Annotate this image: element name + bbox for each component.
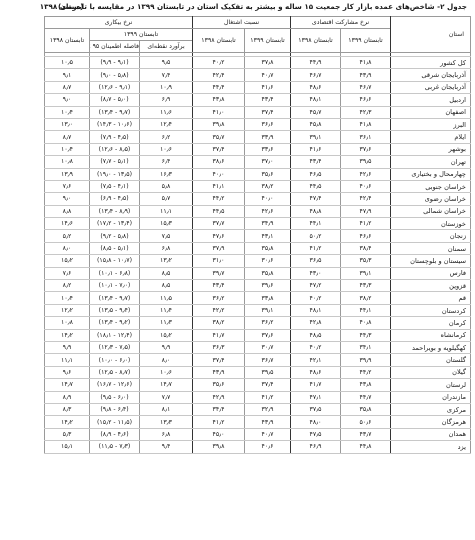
employment-1398-cell: ۳۴٫۴ xyxy=(193,403,245,415)
unemployment-point-cell: ۵٫۸ xyxy=(140,180,193,192)
participation-1398-cell: ۴۱٫۲ xyxy=(291,242,341,254)
participation-1399-cell: ۴۳٫۸ xyxy=(341,379,391,391)
confidence-interval-cell: (۸٫۷ - ۱۲٫۵) xyxy=(90,366,140,378)
participation-1399-cell: ۴۳٫۷ xyxy=(341,428,391,440)
participation-1398-cell: ۴۰٫۲ xyxy=(291,341,341,353)
unemployment-point-cell: ۹٫۴ xyxy=(140,441,193,453)
participation-1398-cell: ۴۸٫۰ xyxy=(291,416,341,428)
confidence-interval-cell: (۴٫۵ - ۶٫۹) xyxy=(90,193,140,205)
unemployment-point-cell: ۶٫۸ xyxy=(140,242,193,254)
province-cell: اردبیل xyxy=(391,94,471,106)
confidence-interval-cell: (۸٫۹ - ۱۳٫۴) xyxy=(90,205,140,217)
participation-1399-cell: ۴۲٫۴ xyxy=(341,193,391,205)
unemployment-point-cell: ۱۱٫۴ xyxy=(140,304,193,316)
unemployment-1398-cell: ۸٫۷ xyxy=(45,81,90,93)
employment-1398-cell: ۳۵٫۷ xyxy=(193,131,245,143)
participation-1398-cell: ۴۷٫۴ xyxy=(291,193,341,205)
table-row: کردستان۴۴٫۱۴۸٫۱۳۹٫۱۴۲٫۲۱۱٫۴(۹٫۴ - ۱۳٫۵)۱… xyxy=(45,304,471,316)
province-cell: قم xyxy=(391,292,471,304)
unemployment-point-cell: ۱۰٫۶ xyxy=(140,143,193,155)
unemployment-point-cell: ۶٫۲ xyxy=(140,131,193,143)
participation-1399-cell: ۴۴٫۱ xyxy=(341,304,391,316)
employment-1399-cell: ۴۳٫۴ xyxy=(245,94,291,106)
participation-1399-cell: ۴۲٫۳ xyxy=(341,106,391,118)
province-cell: هرمزگان xyxy=(391,416,471,428)
participation-1398-cell: ۴۷٫۵ xyxy=(291,428,341,440)
confidence-interval-cell: (۵٫۸ - ۹٫۲) xyxy=(90,230,140,242)
table-row: همدان۴۳٫۷۴۷٫۵۴۰٫۷۴۵٫۰۶٫۸(۴٫۶ - ۸٫۹)۵٫۳ xyxy=(45,428,471,440)
province-cell: ایلام xyxy=(391,131,471,143)
province-cell: خراسان شمالی xyxy=(391,205,471,217)
employment-1399-cell: ۳۳٫۹ xyxy=(245,131,291,143)
employment-1399-cell: ۳۵٫۸ xyxy=(245,242,291,254)
table-row: آذربایجان غربی۴۶٫۷۴۸٫۶۴۱٫۶۴۴٫۴۱۰٫۹(۹٫۱ -… xyxy=(45,81,471,93)
province-cell: مازندران xyxy=(391,391,471,403)
unemployment-1398-cell: ۸٫۲ xyxy=(45,280,90,292)
province-cell: لرستان xyxy=(391,379,471,391)
unemployment-point-cell: ۱۵٫۲ xyxy=(140,329,193,341)
employment-1398-cell: ۴۱٫۲ xyxy=(193,416,245,428)
header-participation-1398: تابستان ۱۳۹۸ xyxy=(291,29,341,53)
participation-1399-cell: ۳۷٫۶ xyxy=(341,143,391,155)
table-title-text: جدول ۲- شاخص‌های عمده بازار کار جمعیت ۱۵… xyxy=(40,2,467,11)
participation-1398-cell: ۵۰٫۲ xyxy=(291,230,341,242)
participation-1398-cell: ۴۸٫۵ xyxy=(291,329,341,341)
participation-1398-cell: ۴۵٫۷ xyxy=(291,106,341,118)
confidence-interval-cell: (۷٫۳ - ۱۱٫۵) xyxy=(90,441,140,453)
employment-1398-cell: ۴۲٫۹ xyxy=(193,391,245,403)
employment-1399-cell: ۳۷٫۶ xyxy=(245,329,291,341)
province-cell: خوزستان xyxy=(391,218,471,230)
header-unemployment: نرخ بیکاری xyxy=(45,17,193,29)
unemployment-1398-cell: ۹٫۰ xyxy=(45,193,90,205)
employment-1399-cell: ۳۶٫۲ xyxy=(245,317,291,329)
unemployment-point-cell: ۷٫۷ xyxy=(140,391,193,403)
province-cell: کهگیلویه و بویراحمد xyxy=(391,341,471,353)
header-unemployment-1398: تابستان ۱۳۹۸ xyxy=(45,29,90,53)
table-row: چهارمحال و بختیاری۴۲٫۶۴۶٫۵۳۵٫۶۴۰٫۰۱۶٫۳(۱… xyxy=(45,168,471,180)
unemployment-1398-cell: ۸٫۳ xyxy=(45,403,90,415)
confidence-interval-cell: (۵٫۱ - ۷٫۷) xyxy=(90,156,140,168)
unemployment-1398-cell: ۱۰٫۴ xyxy=(45,106,90,118)
table-row: کرمان۴۰٫۸۴۲٫۸۳۶٫۲۳۸٫۲۱۱٫۳(۹٫۲ - ۱۳٫۴)۱۰٫… xyxy=(45,317,471,329)
employment-1398-cell: ۳۷٫۴ xyxy=(193,354,245,366)
confidence-interval-cell: (۹٫۱ - ۱۲٫۶) xyxy=(90,81,140,93)
table-row: هرمزگان۵۰٫۶۴۸٫۰۴۳٫۹۴۱٫۲۱۳٫۳(۱۱٫۵ - ۱۵٫۲)… xyxy=(45,416,471,428)
unemployment-1398-cell: ۹٫۰ xyxy=(45,94,90,106)
employment-1398-cell: ۴۴٫۴ xyxy=(193,81,245,93)
confidence-interval-cell: (۱۰٫۷ - ۱۵٫۸) xyxy=(90,255,140,267)
table-row: خوزستان۴۱٫۲۴۴٫۱۳۴٫۹۳۷٫۷۱۵٫۳(۱۳٫۴ - ۱۷٫۲)… xyxy=(45,218,471,230)
participation-1398-cell: ۴۷٫۲ xyxy=(291,280,341,292)
table-row: کرمانشاه۴۴٫۳۴۸٫۵۳۷٫۶۴۱٫۷۱۵٫۲(۱۲٫۴ - ۱۸٫۱… xyxy=(45,329,471,341)
confidence-interval-cell: (۷٫۰ - ۱۰٫۱) xyxy=(90,280,140,292)
province-cell: خراسان جنوبی xyxy=(391,180,471,192)
confidence-interval-cell: (۹٫۴ - ۱۳٫۵) xyxy=(90,304,140,316)
participation-1399-cell: ۴۷٫۹ xyxy=(341,205,391,217)
confidence-interval-cell: (۶٫۴ - ۹٫۸) xyxy=(90,403,140,415)
table-row: فارس۳۹٫۱۴۳٫۰۳۵٫۸۳۹٫۷۸٫۵(۶٫۸ - ۱۰٫۱)۷٫۶ xyxy=(45,267,471,279)
participation-1398-cell: ۴۱٫۶ xyxy=(291,143,341,155)
participation-1399-cell: ۴۰٫۶ xyxy=(341,180,391,192)
province-cell: تهران xyxy=(391,156,471,168)
unemployment-point-cell: ۵٫۷ xyxy=(140,193,193,205)
participation-1398-cell: ۴۲٫۸ xyxy=(291,317,341,329)
unemployment-1398-cell: ۹٫۹ xyxy=(45,341,90,353)
table-row: بوشهر۳۷٫۶۴۱٫۶۳۳٫۶۳۷٫۴۱۰٫۶(۸٫۵ - ۱۲٫۶)۱۰٫… xyxy=(45,143,471,155)
confidence-interval-cell: (۴٫۱ - ۷٫۵) xyxy=(90,180,140,192)
unemployment-point-cell: ۹٫۹ xyxy=(140,341,193,353)
confidence-interval-cell: (۴٫۶ - ۸٫۹) xyxy=(90,428,140,440)
confidence-interval-cell: (۸٫۵ - ۱۲٫۶) xyxy=(90,143,140,155)
employment-1398-cell: ۳۹٫۷ xyxy=(193,267,245,279)
employment-1398-cell: ۳۹٫۸ xyxy=(193,441,245,453)
unemployment-point-cell: ۱۱٫۶ xyxy=(140,106,193,118)
unemployment-point-cell: ۱۱٫۵ xyxy=(140,292,193,304)
province-cell: قزوین xyxy=(391,280,471,292)
employment-1399-cell: ۴۰٫۰ xyxy=(245,193,291,205)
employment-1399-cell: ۳۳٫۸ xyxy=(245,292,291,304)
table-row: گیلان۴۴٫۲۴۸٫۶۳۹٫۵۴۳٫۹۱۰٫۶(۸٫۷ - ۱۲٫۵)۹٫۶ xyxy=(45,366,471,378)
table-row: گلستان۳۹٫۹۴۲٫۱۳۶٫۷۳۷٫۴۸٫۰(۶٫۰ - ۱۰٫۰)۱۱٫… xyxy=(45,354,471,366)
labor-market-table: استان نرخ مشارکت اقتصادی نسبت اشتغال نرخ… xyxy=(44,16,471,454)
participation-1399-cell: ۴۱٫۲ xyxy=(341,218,391,230)
confidence-interval-cell: (۱۲٫۶ - ۱۶٫۷) xyxy=(90,379,140,391)
table-row: سیستان و بلوچستان۳۵٫۳۳۶٫۵۳۰٫۶۳۱٫۰۱۳٫۲(۱۰… xyxy=(45,255,471,267)
unemployment-1398-cell: ۱۴٫۲ xyxy=(45,329,90,341)
table-row: آذربایجان شرقی۴۳٫۹۴۶٫۷۴۰٫۷۴۲٫۴۷٫۴(۵٫۸ - … xyxy=(45,69,471,81)
table-row: قم۳۸٫۲۴۰٫۲۳۳٫۸۳۶٫۲۱۱٫۵(۹٫۷ - ۱۳٫۴)۱۰٫۴ xyxy=(45,292,471,304)
unemployment-point-cell: ۱۱٫۱ xyxy=(140,205,193,217)
header-unemployment-1399: تابستان ۱۳۹۹ xyxy=(90,29,193,41)
province-cell: کرمانشاه xyxy=(391,329,471,341)
header-participation: نرخ مشارکت اقتصادی xyxy=(291,17,391,29)
confidence-interval-cell: (۶٫۰ - ۹٫۵) xyxy=(90,391,140,403)
employment-1399-cell: ۳۴٫۹ xyxy=(245,218,291,230)
employment-1398-cell: ۴۴٫۲ xyxy=(193,193,245,205)
employment-1398-cell: ۴۲٫۴ xyxy=(193,69,245,81)
employment-1398-cell: ۴۱٫۷ xyxy=(193,329,245,341)
unemployment-point-cell: ۷٫۵ xyxy=(140,230,193,242)
unemployment-1398-cell: ۵٫۲ xyxy=(45,230,90,242)
province-cell: کل کشور xyxy=(391,57,471,69)
employment-1399-cell: ۳۶٫۶ xyxy=(245,118,291,130)
table-title: جدول ۲- شاخص‌های عمده بازار کار جمعیت ۱۵… xyxy=(40,2,467,14)
participation-1399-cell: ۳۵٫۳ xyxy=(341,255,391,267)
employment-1398-cell: ۳۱٫۰ xyxy=(193,255,245,267)
participation-1399-cell: ۳۹٫۵ xyxy=(341,156,391,168)
participation-1399-cell: ۴۰٫۸ xyxy=(341,317,391,329)
confidence-interval-cell: (۹٫۷ - ۱۳٫۴) xyxy=(90,106,140,118)
employment-1399-cell: ۴۰٫۷ xyxy=(245,428,291,440)
header-employment-1399: تابستان ۱۳۹۹ xyxy=(245,29,291,53)
employment-1399-cell: ۴۱٫۲ xyxy=(245,391,291,403)
employment-1399-cell: ۳۳٫۶ xyxy=(245,143,291,155)
employment-1399-cell: ۴۰٫۷ xyxy=(245,69,291,81)
employment-1398-cell: ۴۳٫۹ xyxy=(193,366,245,378)
participation-1398-cell: ۴۶٫۵ xyxy=(291,168,341,180)
table-row: خراسان جنوبی۴۰٫۶۴۴٫۵۳۸٫۲۴۱٫۱۵٫۸(۴٫۱ - ۷٫… xyxy=(45,180,471,192)
unemployment-point-cell: ۶٫۴ xyxy=(140,156,193,168)
table-row: خراسان رضوی۴۲٫۴۴۷٫۴۴۰٫۰۴۴٫۲۵٫۷(۴٫۵ - ۶٫۹… xyxy=(45,193,471,205)
participation-1399-cell: ۳۶٫۱ xyxy=(341,131,391,143)
unemployment-1398-cell: ۷٫۶ xyxy=(45,267,90,279)
unemployment-point-cell: ۸٫۵ xyxy=(140,280,193,292)
employment-1399-cell: ۳۸٫۲ xyxy=(245,180,291,192)
province-cell: زنجان xyxy=(391,230,471,242)
participation-1398-cell: ۴۳٫۰ xyxy=(291,267,341,279)
table-row: البرز۴۱٫۸۴۵٫۸۳۶٫۶۳۹٫۸۱۲٫۴(۱۰٫۶ - ۱۴٫۳)۱۳… xyxy=(45,118,471,130)
province-cell: مرکزی xyxy=(391,403,471,415)
participation-1398-cell: ۳۶٫۵ xyxy=(291,255,341,267)
table-row: اصفهان۴۲٫۳۴۵٫۷۳۷٫۴۴۱٫۰۱۱٫۶(۹٫۷ - ۱۳٫۴)۱۰… xyxy=(45,106,471,118)
employment-1399-cell: ۳۷٫۸ xyxy=(245,57,291,69)
confidence-interval-cell: (۴٫۵ - ۷٫۹) xyxy=(90,131,140,143)
unemployment-1398-cell: ۱۰٫۴ xyxy=(45,292,90,304)
employment-1398-cell: ۴۰٫۲ xyxy=(193,57,245,69)
participation-1399-cell: ۵۰٫۶ xyxy=(341,416,391,428)
confidence-interval-cell: (۵٫۰ - ۸٫۷) xyxy=(90,94,140,106)
participation-1398-cell: ۴۸٫۸ xyxy=(291,205,341,217)
province-cell: همدان xyxy=(391,428,471,440)
unemployment-point-cell: ۱۲٫۴ xyxy=(140,118,193,130)
unemployment-1398-cell: ۸٫۷ xyxy=(45,131,90,143)
unemployment-1398-cell: ۱۴٫۶ xyxy=(45,218,90,230)
confidence-interval-cell: (۱۲٫۴ - ۱۸٫۱) xyxy=(90,329,140,341)
header-province: استان xyxy=(391,17,471,53)
participation-1398-cell: ۴۸٫۱ xyxy=(291,304,341,316)
header-employment-ratio: نسبت اشتغال xyxy=(193,17,291,29)
participation-1398-cell: ۴۰٫۲ xyxy=(291,292,341,304)
unemployment-point-cell: ۸٫۵ xyxy=(140,267,193,279)
participation-1398-cell: ۴۴٫۱ xyxy=(291,218,341,230)
employment-1399-cell: ۳۲٫۹ xyxy=(245,403,291,415)
participation-1399-cell: ۳۵٫۸ xyxy=(341,403,391,415)
participation-1399-cell: ۴۲٫۶ xyxy=(341,168,391,180)
participation-1399-cell: ۳۸٫۲ xyxy=(341,292,391,304)
table-row: زنجان۴۶٫۶۵۰٫۲۴۳٫۱۴۷٫۶۷٫۵(۵٫۸ - ۹٫۲)۵٫۲ xyxy=(45,230,471,242)
unemployment-1398-cell: ۹٫۶ xyxy=(45,366,90,378)
unemployment-point-cell: ۷٫۴ xyxy=(140,69,193,81)
employment-1399-cell: ۴۲٫۶ xyxy=(245,205,291,217)
participation-1399-cell: ۴۴٫۳ xyxy=(341,329,391,341)
table-row: یزد۴۴٫۸۴۶٫۹۴۰٫۶۳۹٫۸۹٫۴(۷٫۳ - ۱۱٫۵)۱۵٫۱ xyxy=(45,441,471,453)
unemployment-point-cell: ۶٫۹ xyxy=(140,94,193,106)
unemployment-1398-cell: ۸٫۹ xyxy=(45,391,90,403)
province-cell: البرز xyxy=(391,118,471,130)
unemployment-point-cell: ۱۳٫۲ xyxy=(140,255,193,267)
participation-1398-cell: ۳۷٫۵ xyxy=(291,403,341,415)
participation-1398-cell: ۴۳٫۴ xyxy=(291,156,341,168)
table-body: کل کشور۴۱٫۸۴۴٫۹۳۷٫۸۴۰٫۲۹٫۵(۹٫۱ - ۹٫۹)۱۰٫… xyxy=(45,57,471,454)
header-confidence-interval: فاصله اطمینان ۹۵ ٪ xyxy=(90,41,140,53)
employment-1399-cell: ۳۰٫۶ xyxy=(245,255,291,267)
province-cell: آذربایجان غربی xyxy=(391,81,471,93)
unit-label: (درصد) xyxy=(58,2,84,11)
employment-1398-cell: ۳۸٫۲ xyxy=(193,317,245,329)
employment-1399-cell: ۳۷٫۰ xyxy=(245,156,291,168)
unemployment-1398-cell: ۱۴٫۷ xyxy=(45,379,90,391)
unemployment-1398-cell: ۱۵٫۲ xyxy=(45,255,90,267)
participation-1399-cell: ۴۴٫۸ xyxy=(341,441,391,453)
unemployment-point-cell: ۱۵٫۳ xyxy=(140,218,193,230)
confidence-interval-cell: (۵٫۸ - ۹٫۰) xyxy=(90,69,140,81)
participation-1399-cell: ۴۶٫۶ xyxy=(341,94,391,106)
confidence-interval-cell: (۱۱٫۵ - ۱۵٫۲) xyxy=(90,416,140,428)
table-row: لرستان۴۳٫۸۴۱٫۷۳۷٫۴۳۵٫۶۱۴٫۷(۱۲٫۶ - ۱۶٫۷)۱… xyxy=(45,379,471,391)
participation-1398-cell: ۴۷٫۱ xyxy=(291,391,341,403)
employment-1398-cell: ۳۷٫۷ xyxy=(193,218,245,230)
participation-1398-cell: ۴۱٫۷ xyxy=(291,379,341,391)
unemployment-1398-cell: ۱۰٫۵ xyxy=(45,57,90,69)
table-row: تهران۳۹٫۵۴۳٫۴۳۷٫۰۳۸٫۶۶٫۴(۵٫۱ - ۷٫۷)۱۰٫۸ xyxy=(45,156,471,168)
participation-1398-cell: ۴۶٫۹ xyxy=(291,441,341,453)
unemployment-point-cell: ۱۶٫۳ xyxy=(140,168,193,180)
confidence-interval-cell: (۱۰٫۶ - ۱۴٫۳) xyxy=(90,118,140,130)
table-row: ایلام۳۶٫۱۳۹٫۱۳۳٫۹۳۵٫۷۶٫۲(۴٫۵ - ۷٫۹)۸٫۷ xyxy=(45,131,471,143)
employment-1399-cell: ۳۹٫۵ xyxy=(245,366,291,378)
province-cell: کردستان xyxy=(391,304,471,316)
unemployment-point-cell: ۸٫۱ xyxy=(140,403,193,415)
participation-1399-cell: ۳۹٫۱ xyxy=(341,267,391,279)
unemployment-1398-cell: ۹٫۱ xyxy=(45,69,90,81)
employment-1399-cell: ۳۹٫۶ xyxy=(245,280,291,292)
unemployment-point-cell: ۶٫۸ xyxy=(140,428,193,440)
employment-1398-cell: ۴۵٫۰ xyxy=(193,428,245,440)
table-row: مازندران۴۴٫۷۴۷٫۱۴۱٫۲۴۲٫۹۷٫۷(۶٫۰ - ۹٫۵)۸٫… xyxy=(45,391,471,403)
participation-1399-cell: ۴۱٫۸ xyxy=(341,57,391,69)
employment-1399-cell: ۴۳٫۱ xyxy=(245,230,291,242)
employment-1398-cell: ۳۶٫۲ xyxy=(193,292,245,304)
header-point-estimate: برآورد نقطه‌ای xyxy=(140,41,193,53)
participation-1398-cell: ۴۶٫۷ xyxy=(291,69,341,81)
employment-1398-cell: ۴۰٫۰ xyxy=(193,168,245,180)
confidence-interval-cell: (۱۳٫۵ - ۱۹٫۰) xyxy=(90,168,140,180)
unemployment-1398-cell: ۵٫۳ xyxy=(45,428,90,440)
employment-1398-cell: ۴۱٫۱ xyxy=(193,180,245,192)
confidence-interval-cell: (۵٫۱ - ۸٫۵) xyxy=(90,242,140,254)
header-participation-1399: تابستان ۱۳۹۹ xyxy=(341,29,391,53)
province-cell: خراسان رضوی xyxy=(391,193,471,205)
table-row: کهگیلویه و بویراحمد۳۴٫۱۴۰٫۲۳۰٫۷۳۶٫۳۹٫۹(۷… xyxy=(45,341,471,353)
unemployment-1398-cell: ۱۰٫۸ xyxy=(45,317,90,329)
unemployment-1398-cell: ۸٫۸ xyxy=(45,205,90,217)
employment-1398-cell: ۴۳٫۸ xyxy=(193,94,245,106)
employment-1399-cell: ۴۳٫۹ xyxy=(245,416,291,428)
unemployment-point-cell: ۸٫۰ xyxy=(140,354,193,366)
employment-1398-cell: ۳۵٫۶ xyxy=(193,379,245,391)
table-row: اردبیل۴۶٫۶۴۸٫۱۴۳٫۴۴۳٫۸۶٫۹(۵٫۰ - ۸٫۷)۹٫۰ xyxy=(45,94,471,106)
employment-1398-cell: ۳۷٫۹ xyxy=(193,242,245,254)
employment-1399-cell: ۳۹٫۱ xyxy=(245,304,291,316)
participation-1399-cell: ۳۹٫۹ xyxy=(341,354,391,366)
employment-1399-cell: ۳۵٫۸ xyxy=(245,267,291,279)
participation-1398-cell: ۴۸٫۶ xyxy=(291,81,341,93)
employment-1398-cell: ۳۸٫۶ xyxy=(193,156,245,168)
participation-1398-cell: ۴۸٫۱ xyxy=(291,94,341,106)
table-row: قزوین۴۳٫۳۴۷٫۲۳۹٫۶۴۳٫۴۸٫۵(۷٫۰ - ۱۰٫۱)۸٫۲ xyxy=(45,280,471,292)
participation-1399-cell: ۴۴٫۷ xyxy=(341,391,391,403)
employment-1398-cell: ۴۷٫۶ xyxy=(193,230,245,242)
participation-1399-cell: ۳۴٫۱ xyxy=(341,341,391,353)
unemployment-1398-cell: ۱۵٫۱ xyxy=(45,441,90,453)
confidence-interval-cell: (۱۳٫۴ - ۱۷٫۲) xyxy=(90,218,140,230)
participation-1398-cell: ۴۵٫۸ xyxy=(291,118,341,130)
unemployment-point-cell: ۱۳٫۳ xyxy=(140,416,193,428)
employment-1398-cell: ۴۲٫۲ xyxy=(193,304,245,316)
employment-1399-cell: ۴۱٫۶ xyxy=(245,81,291,93)
unemployment-1398-cell: ۱۳٫۹ xyxy=(45,168,90,180)
employment-1398-cell: ۳۷٫۴ xyxy=(193,143,245,155)
table-row: مرکزی۳۵٫۸۳۷٫۵۳۲٫۹۳۴٫۴۸٫۱(۶٫۴ - ۹٫۸)۸٫۳ xyxy=(45,403,471,415)
confidence-interval-cell: (۹٫۷ - ۱۳٫۴) xyxy=(90,292,140,304)
participation-1399-cell: ۴۶٫۶ xyxy=(341,230,391,242)
unemployment-point-cell: ۱۰٫۶ xyxy=(140,366,193,378)
employment-1398-cell: ۴۳٫۴ xyxy=(193,280,245,292)
employment-1399-cell: ۳۵٫۶ xyxy=(245,168,291,180)
unemployment-1398-cell: ۱۳٫۰ xyxy=(45,118,90,130)
province-cell: چهارمحال و بختیاری xyxy=(391,168,471,180)
employment-1399-cell: ۳۷٫۴ xyxy=(245,379,291,391)
participation-1398-cell: ۴۲٫۱ xyxy=(291,354,341,366)
participation-1398-cell: ۴۴٫۹ xyxy=(291,57,341,69)
participation-1398-cell: ۴۴٫۵ xyxy=(291,180,341,192)
unemployment-point-cell: ۱۰٫۹ xyxy=(140,81,193,93)
unemployment-1398-cell: ۱۱٫۱ xyxy=(45,354,90,366)
participation-1399-cell: ۴۴٫۲ xyxy=(341,366,391,378)
employment-1399-cell: ۳۶٫۷ xyxy=(245,354,291,366)
table-row: خراسان شمالی۴۷٫۹۴۸٫۸۴۲٫۶۴۴٫۵۱۱٫۱(۸٫۹ - ۱… xyxy=(45,205,471,217)
unemployment-1398-cell: ۱۰٫۴ xyxy=(45,143,90,155)
participation-1399-cell: ۴۱٫۸ xyxy=(341,118,391,130)
unemployment-1398-cell: ۱۰٫۸ xyxy=(45,156,90,168)
confidence-interval-cell: (۶٫۰ - ۱۰٫۰) xyxy=(90,354,140,366)
unemployment-point-cell: ۱۱٫۳ xyxy=(140,317,193,329)
unemployment-1398-cell: ۷٫۶ xyxy=(45,180,90,192)
participation-1399-cell: ۴۶٫۷ xyxy=(341,81,391,93)
confidence-interval-cell: (۹٫۲ - ۱۳٫۴) xyxy=(90,317,140,329)
employment-1399-cell: ۴۰٫۶ xyxy=(245,441,291,453)
header-employment-1398: تابستان ۱۳۹۸ xyxy=(193,29,245,53)
employment-1398-cell: ۴۱٫۰ xyxy=(193,106,245,118)
confidence-interval-cell: (۶٫۸ - ۱۰٫۱) xyxy=(90,267,140,279)
province-cell: گیلان xyxy=(391,366,471,378)
province-cell: آذربایجان شرقی xyxy=(391,69,471,81)
province-cell: سیستان و بلوچستان xyxy=(391,255,471,267)
participation-1399-cell: ۳۸٫۴ xyxy=(341,242,391,254)
unemployment-point-cell: ۱۴٫۷ xyxy=(140,379,193,391)
unemployment-1398-cell: ۱۲٫۲ xyxy=(45,304,90,316)
employment-1398-cell: ۳۶٫۳ xyxy=(193,341,245,353)
province-cell: گلستان xyxy=(391,354,471,366)
confidence-interval-cell: (۹٫۱ - ۹٫۹) xyxy=(90,57,140,69)
province-cell: بوشهر xyxy=(391,143,471,155)
confidence-interval-cell: (۷٫۵ - ۱۲٫۳) xyxy=(90,341,140,353)
unemployment-1398-cell: ۱۴٫۲ xyxy=(45,416,90,428)
participation-1398-cell: ۳۹٫۱ xyxy=(291,131,341,143)
table-row: کل کشور۴۱٫۸۴۴٫۹۳۷٫۸۴۰٫۲۹٫۵(۹٫۱ - ۹٫۹)۱۰٫… xyxy=(45,57,471,69)
province-cell: فارس xyxy=(391,267,471,279)
employment-1398-cell: ۳۹٫۸ xyxy=(193,118,245,130)
province-cell: یزد xyxy=(391,441,471,453)
employment-1399-cell: ۳۷٫۴ xyxy=(245,106,291,118)
province-cell: اصفهان xyxy=(391,106,471,118)
employment-1399-cell: ۳۰٫۷ xyxy=(245,341,291,353)
participation-1398-cell: ۴۸٫۶ xyxy=(291,366,341,378)
employment-1398-cell: ۴۴٫۵ xyxy=(193,205,245,217)
province-cell: سمنان xyxy=(391,242,471,254)
participation-1399-cell: ۴۳٫۹ xyxy=(341,69,391,81)
